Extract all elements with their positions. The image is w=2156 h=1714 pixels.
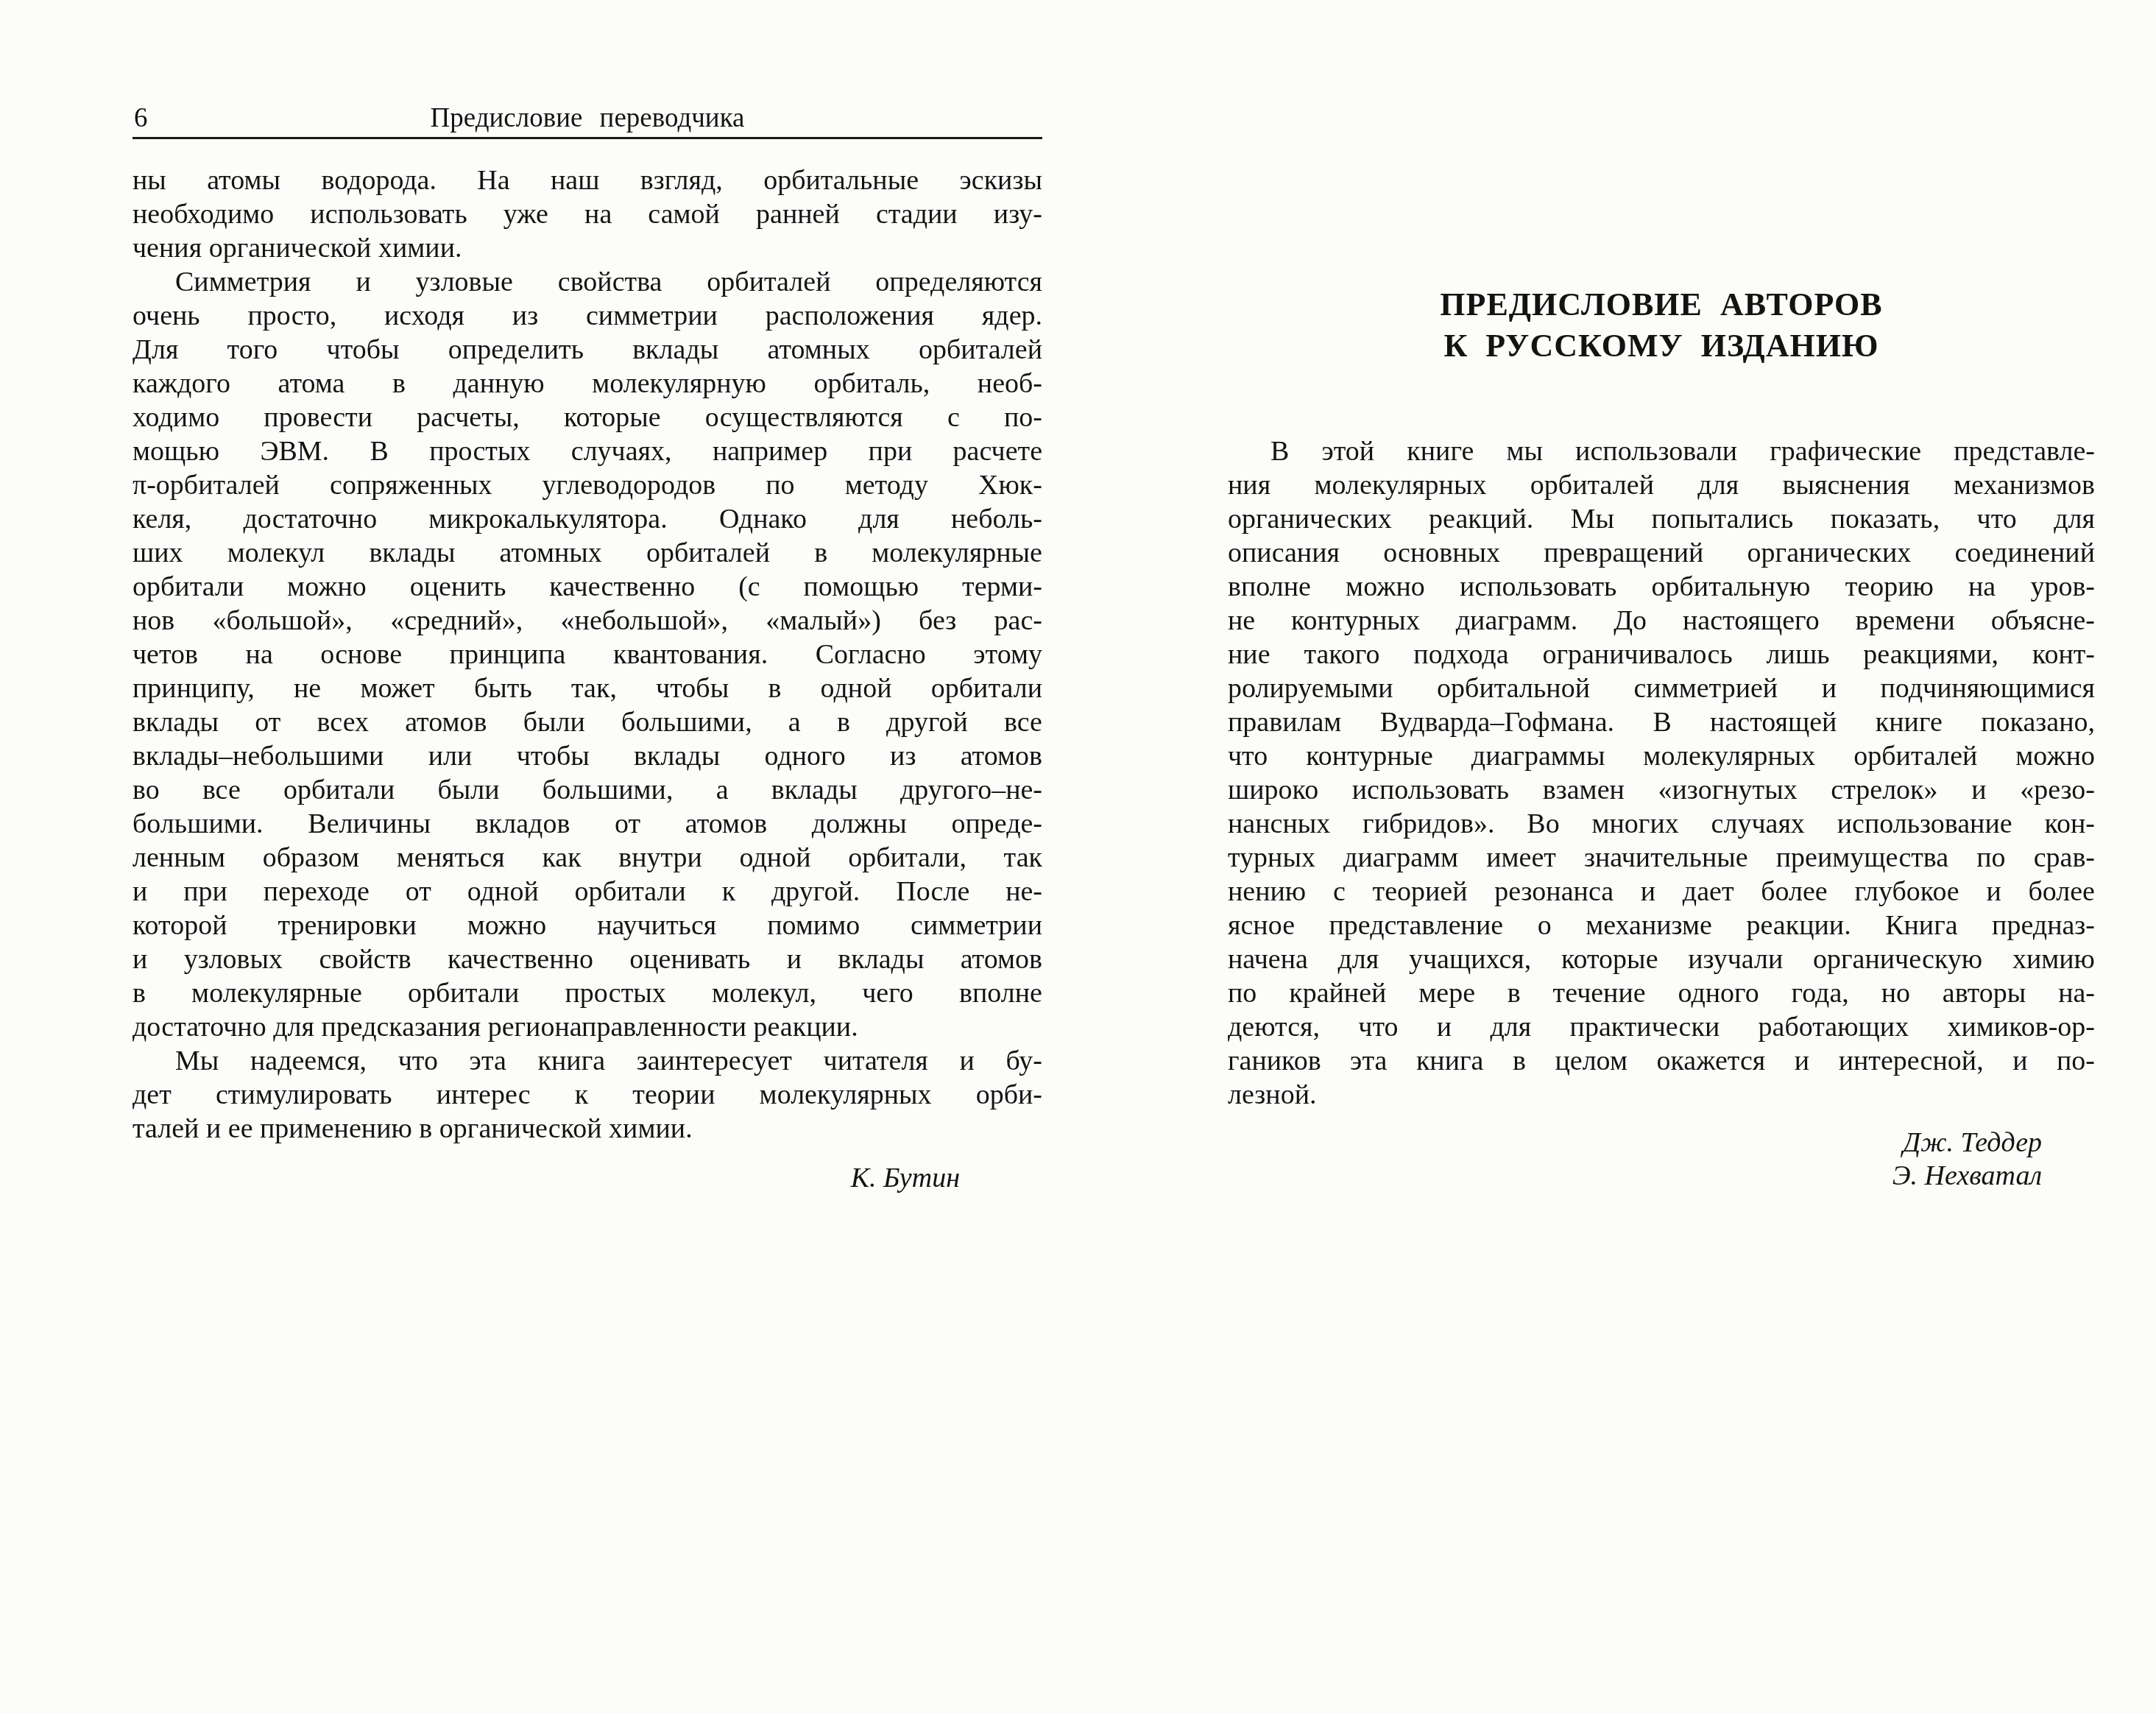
header-rule <box>132 137 1042 139</box>
translator-signature: К. Бутин <box>132 1162 1042 1195</box>
text-line: достаточно для предсказания регионаправл… <box>132 1010 1042 1044</box>
text-line: Симметрия и узловые свойства орбиталей о… <box>132 265 1042 299</box>
text-line: турных диаграмм имеет значительные преим… <box>1228 841 2095 875</box>
text-line: π-орбиталей сопряженных углеводородов по… <box>132 468 1042 502</box>
text-line: Мы надеемся, что эта книга заинтересует … <box>132 1044 1042 1078</box>
chapter-title-line: К РУССКОМУ ИЗДАНИЮ <box>1228 325 2095 367</box>
authors-signatures: Дж. Теддер Э. Нехватал <box>1228 1126 2095 1193</box>
text-line: органических реакций. Мы попытались пока… <box>1228 502 2095 536</box>
text-line: ясное представление о механизме реакции.… <box>1228 909 2095 942</box>
text-line: принципу, не может быть так, чтобы в одн… <box>132 671 1042 705</box>
text-line: и при переходе от одной орбитали к друго… <box>132 875 1042 909</box>
text-line: начена для учащихся, которые изучали орг… <box>1228 942 2095 976</box>
right-body-text: В этой книге мы использовали графические… <box>1228 434 2095 1112</box>
text-line: келя, достаточно микрокалькулятора. Одна… <box>132 502 1042 536</box>
author-signature: Э. Нехватал <box>1228 1160 2042 1193</box>
text-line: очень просто, исходя из симметрии распол… <box>132 299 1042 333</box>
text-line: ния молекулярных орбиталей для выяснения… <box>1228 468 2095 502</box>
text-line: не контурных диаграмм. До настоящего вре… <box>1228 604 2095 638</box>
text-line: ленным образом меняться как внутри одной… <box>132 841 1042 875</box>
text-line: что контурные диаграммы молекулярных орб… <box>1228 739 2095 773</box>
text-line: в молекулярные орбитали простых молекул,… <box>132 976 1042 1010</box>
text-line: нению с теорией резонанса и дает более г… <box>1228 875 2095 909</box>
text-line: нансных гибридов». Во многих случаях исп… <box>1228 807 2095 841</box>
text-line: во все орбитали были большими, а вклады … <box>132 773 1042 807</box>
text-line: гаников эта книга в целом окажется и инт… <box>1228 1044 2095 1078</box>
text-line: В этой книге мы использовали графические… <box>1228 434 2095 468</box>
left-body-text: ны атомы водорода. На наш взгляд, орбита… <box>132 163 1042 1146</box>
left-running-head: 6 Предисловие переводчика <box>132 102 1042 135</box>
page-number: 6 <box>134 102 148 135</box>
text-line: правилам Вудварда–Гофмана. В настоящей к… <box>1228 705 2095 739</box>
text-line: по крайней мере в течение одного года, н… <box>1228 976 2095 1010</box>
text-line: ходимо провести расчеты, которые осущест… <box>132 401 1042 434</box>
text-line: деются, что и для практически работающих… <box>1228 1010 2095 1044</box>
text-line: ны атомы водорода. На наш взгляд, орбита… <box>132 163 1042 197</box>
right-page: ПРЕДИСЛОВИЕ АВТОРОВ К РУССКОМУ ИЗДАНИЮ В… <box>1228 274 2095 1193</box>
text-line: нов «большой», «средний», «небольшой», «… <box>132 604 1042 638</box>
text-line: лезной. <box>1228 1078 2095 1112</box>
text-line: мощью ЭВМ. В простых случаях, например п… <box>132 434 1042 468</box>
left-page: 6 Предисловие переводчика ны атомы водор… <box>132 102 1042 1195</box>
text-line: дет стимулировать интерес к теории молек… <box>132 1078 1042 1112</box>
text-line: описания основных превращений органическ… <box>1228 536 2095 570</box>
text-line: орбитали можно оценить качественно (с по… <box>132 570 1042 604</box>
text-line: вполне можно использовать орбитальную те… <box>1228 570 2095 604</box>
text-line: ние такого подхода ограничивалось лишь р… <box>1228 638 2095 671</box>
text-line: вклады–небольшими или чтобы вклады одног… <box>132 739 1042 773</box>
text-line: которой тренировки можно научиться помим… <box>132 909 1042 942</box>
text-line: Для того чтобы определить вклады атомных… <box>132 333 1042 367</box>
text-line: ших молекул вклады атомных орбиталей в м… <box>132 536 1042 570</box>
text-line: вклады от всех атомов были большими, а в… <box>132 705 1042 739</box>
text-line: ролируемыми орбитальной симметрией и под… <box>1228 671 2095 705</box>
text-line: каждого атома в данную молекулярную орби… <box>132 367 1042 401</box>
chapter-title: ПРЕДИСЛОВИЕ АВТОРОВ К РУССКОМУ ИЗДАНИЮ <box>1228 274 2095 367</box>
author-signature: Дж. Теддер <box>1228 1126 2042 1160</box>
chapter-title-line: ПРЕДИСЛОВИЕ АВТОРОВ <box>1228 284 2095 325</box>
text-line: чения органической химии. <box>132 231 1042 265</box>
text-line: талей и ее применению в органической хим… <box>132 1112 1042 1146</box>
running-title: Предисловие переводчика <box>132 102 1042 135</box>
text-line: необходимо использовать уже на самой ран… <box>132 197 1042 231</box>
text-line: большими. Величины вкладов от атомов дол… <box>132 807 1042 841</box>
text-line: широко использовать взамен «изогнутых ст… <box>1228 773 2095 807</box>
text-line: и узловых свойств качественно оценивать … <box>132 942 1042 976</box>
text-line: четов на основе принципа квантования. Со… <box>132 638 1042 671</box>
